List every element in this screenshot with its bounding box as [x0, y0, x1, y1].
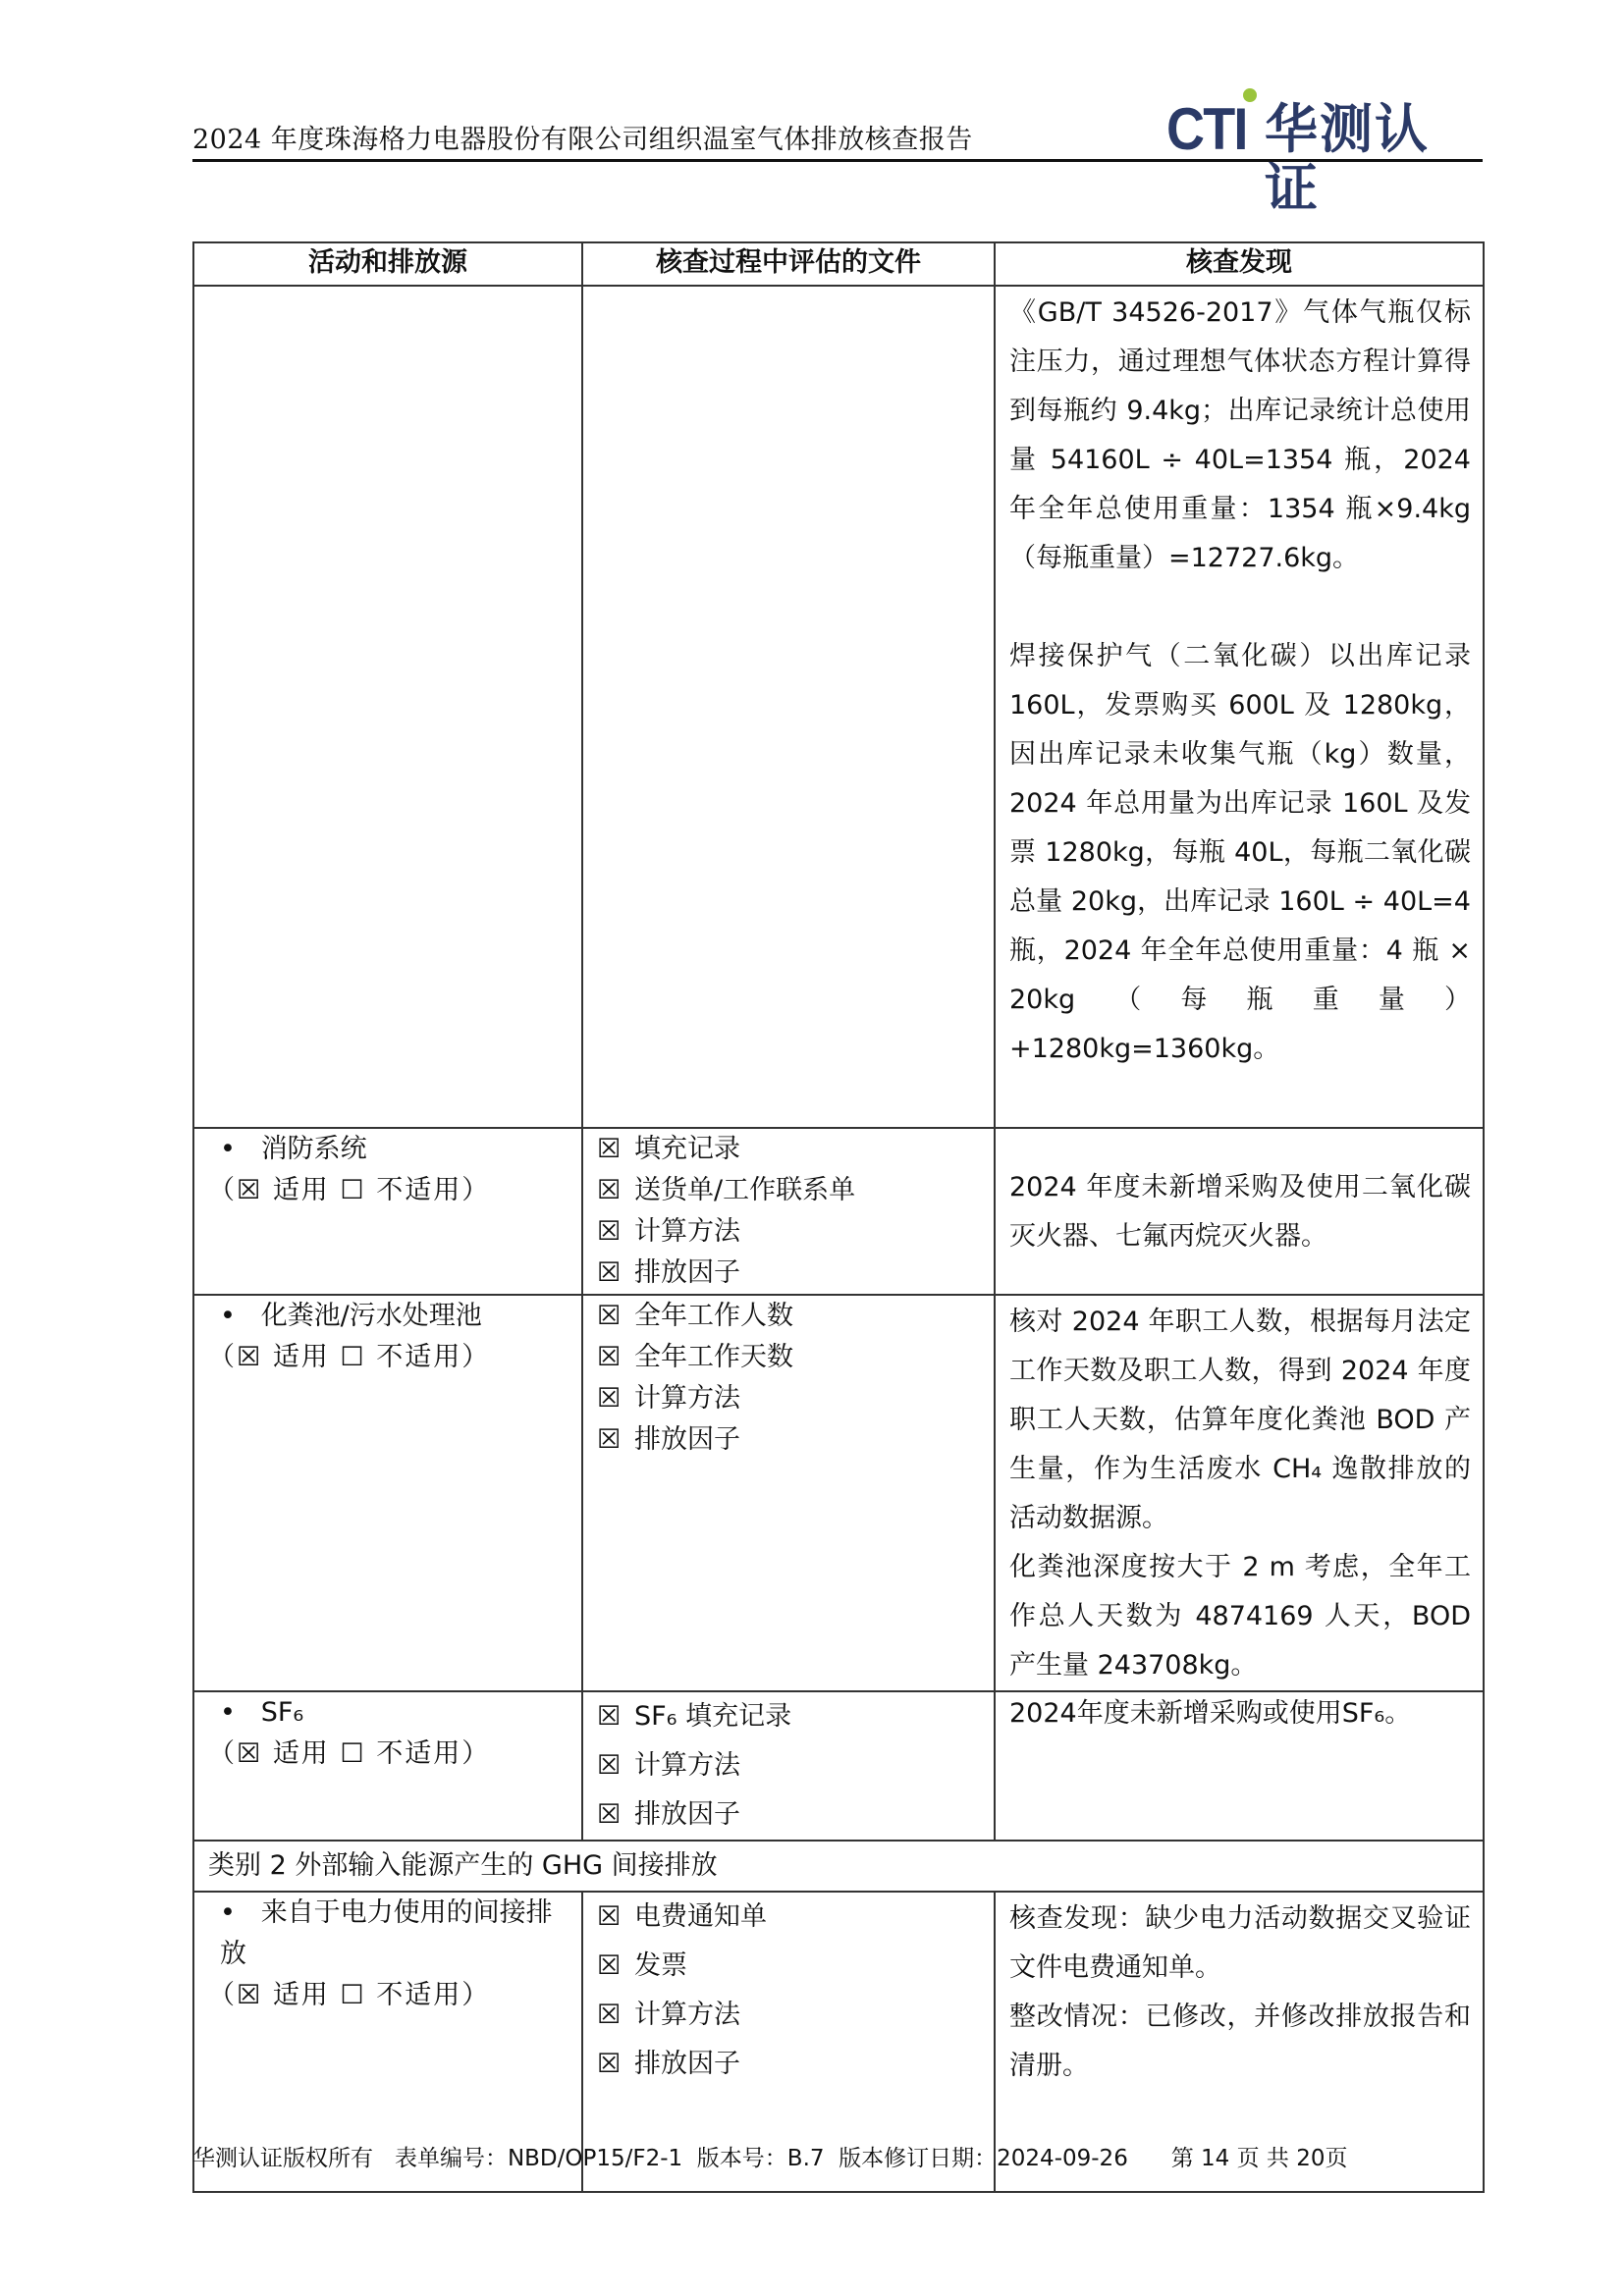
bullet-icon: •: [220, 1134, 236, 1164]
checked-box-icon[interactable]: ☒: [597, 1692, 621, 1741]
document-item: ☒排放因子: [597, 2040, 980, 2089]
source-name: 化粪池/污水处理池: [261, 1301, 482, 1331]
table-row-septic-tank: • 化粪池/污水处理池 （☒ 适用 ☐ 不适用） ☒全年工作人数 ☒全年工作天数…: [193, 1295, 1484, 1691]
table-row-fire-system: • 消防系统 （☒ 适用 ☐ 不适用） ☒填充记录 ☒送货单/工作联系单 ☒计算…: [193, 1128, 1484, 1295]
applicable-checkbox[interactable]: ☒: [237, 1980, 262, 2010]
document-item: ☒排放因子: [597, 1790, 980, 1840]
checked-box-icon[interactable]: ☒: [597, 1419, 621, 1461]
documents-cell: ☒全年工作人数 ☒全年工作天数 ☒计算方法 ☒排放因子: [582, 1295, 995, 1691]
table-row-continuation: 《GB/T 34526-2017》气体气瓶仅标注压力，通过理想气体状态方程计算得…: [193, 286, 1484, 1128]
document-item: ☒排放因子: [597, 1419, 980, 1461]
finding-paragraph: 《GB/T 34526-2017》气体气瓶仅标注压力，通过理想气体状态方程计算得…: [1009, 289, 1471, 583]
source-cell: • 化粪池/污水处理池 （☒ 适用 ☐ 不适用）: [193, 1295, 582, 1691]
checked-box-icon[interactable]: ☒: [597, 1337, 621, 1378]
section-title: 类别 2 外部输入能源产生的 GHG 间接排放: [193, 1841, 1484, 1892]
source-name: SF₆: [261, 1697, 304, 1728]
applicability: （☒ 适用 ☐ 不适用）: [208, 1170, 568, 1211]
finding-paragraph: 整改情况：已修改，并修改排放报告和清册。: [1009, 1993, 1471, 2091]
logo-brand: CTI: [1166, 100, 1247, 159]
column-header-source: 活动和排放源: [193, 242, 582, 286]
checked-box-icon[interactable]: ☒: [597, 1170, 621, 1211]
documents-cell: ☒SF₆ 填充记录 ☒计算方法 ☒排放因子: [582, 1691, 995, 1841]
applicability: （☒ 适用 ☐ 不适用）: [208, 1337, 568, 1378]
source-cell: • SF₆ （☒ 适用 ☐ 不适用）: [193, 1691, 582, 1841]
document-item: ☒SF₆ 填充记录: [597, 1692, 980, 1741]
section-header-row: 类别 2 外部输入能源产生的 GHG 间接排放: [193, 1841, 1484, 1892]
bullet-icon: •: [220, 1897, 236, 1928]
form-number: NBD/OP15/F2-1: [508, 2146, 682, 2171]
documents-cell: [582, 286, 995, 1128]
finding-paragraph: 化粪池深度按大于 2 m 考虑，全年工作总人天数为 4874169 人天，BOD…: [1009, 1543, 1471, 1690]
checked-box-icon[interactable]: ☒: [597, 1211, 621, 1253]
checked-box-icon[interactable]: ☒: [597, 1991, 621, 2040]
findings-cell: 核对 2024 年职工人数，根据每月法定工作天数及职工人数，得到 2024 年度…: [995, 1295, 1484, 1691]
verification-table: 活动和排放源 核查过程中评估的文件 核查发现 《GB/T 34526-2017》…: [192, 241, 1485, 2193]
page-header: 2024 年度珠海格力电器股份有限公司组织温室气体排放核查报告 CTI 华测认证: [192, 84, 1483, 163]
document-item: ☒填充记录: [597, 1129, 980, 1170]
document-item: ☒计算方法: [597, 1741, 980, 1790]
column-header-findings: 核查发现: [995, 242, 1484, 286]
table-header-row: 活动和排放源 核查过程中评估的文件 核查发现: [193, 242, 1484, 286]
source-name: 来自于电力使用的间接排放: [220, 1897, 553, 1969]
version: B.7: [787, 2146, 825, 2171]
document-item: ☒发票: [597, 1942, 980, 1991]
page-footer: 华测认证版权所有 表单编号：NBD/OP15/F2-1 版本号：B.7 版本修订…: [192, 2140, 1483, 2172]
document-item: ☒计算方法: [597, 1991, 980, 2040]
copyright: 华测认证版权所有: [192, 2146, 373, 2171]
findings-cell: 2024 年度未新增采购及使用二氧化碳灭火器、七氟丙烷灭火器。: [995, 1128, 1484, 1295]
applicability: （☒ 适用 ☐ 不适用）: [208, 1734, 568, 1775]
finding-paragraph: 焊接保护气（二氧化碳）以出库记录 160L，发票购买 600L 及 1280kg…: [1009, 632, 1471, 1074]
table-row-sf6: • SF₆ （☒ 适用 ☐ 不适用） ☒SF₆ 填充记录 ☒计算方法 ☒排放因子…: [193, 1691, 1484, 1841]
page-current: 14: [1201, 2146, 1229, 2171]
checked-box-icon[interactable]: ☒: [597, 1378, 621, 1419]
document-item: ☒送货单/工作联系单: [597, 1170, 980, 1211]
document-item: ☒电费通知单: [597, 1893, 980, 1942]
not-applicable-checkbox[interactable]: ☐: [340, 1980, 365, 2010]
bullet-icon: •: [220, 1301, 236, 1331]
header-divider: [192, 159, 1483, 162]
finding-paragraph: 核查发现：缺少电力活动数据交叉验证文件电费通知单。: [1009, 1895, 1471, 1993]
column-header-documents: 核查过程中评估的文件: [582, 242, 995, 286]
report-title: 2024 年度珠海格力电器股份有限公司组织温室气体排放核查报告: [192, 118, 973, 156]
checked-box-icon[interactable]: ☒: [597, 2040, 621, 2089]
document-item: ☒计算方法: [597, 1378, 980, 1419]
checked-box-icon[interactable]: ☒: [597, 1790, 621, 1840]
cti-logo: CTI 华测认证: [1166, 84, 1481, 155]
applicable-checkbox[interactable]: ☒: [237, 1342, 262, 1372]
checked-box-icon[interactable]: ☒: [597, 1893, 621, 1942]
document-item: ☒全年工作天数: [597, 1337, 980, 1378]
revision-date: 2024-09-26: [997, 2146, 1128, 2171]
applicability: （☒ 适用 ☐ 不适用）: [208, 1975, 568, 2016]
applicable-checkbox[interactable]: ☒: [237, 1738, 262, 1769]
not-applicable-checkbox[interactable]: ☐: [340, 1738, 365, 1769]
document-item: ☒计算方法: [597, 1211, 980, 1253]
documents-cell: ☒填充记录 ☒送货单/工作联系单 ☒计算方法 ☒排放因子: [582, 1128, 995, 1295]
not-applicable-checkbox[interactable]: ☐: [340, 1175, 365, 1205]
applicable-checkbox[interactable]: ☒: [237, 1175, 262, 1205]
finding-paragraph: 2024年度未新增采购或使用SF₆。: [1009, 1694, 1471, 1734]
document-item: ☒全年工作人数: [597, 1296, 980, 1337]
finding-paragraph: 2024 年度未新增采购及使用二氧化碳灭火器、七氟丙烷灭火器。: [1009, 1163, 1471, 1261]
findings-cell: 《GB/T 34526-2017》气体气瓶仅标注压力，通过理想气体状态方程计算得…: [995, 286, 1484, 1128]
source-name: 消防系统: [261, 1134, 367, 1164]
findings-cell: 2024年度未新增采购或使用SF₆。: [995, 1691, 1484, 1841]
checked-box-icon[interactable]: ☒: [597, 1129, 621, 1170]
checked-box-icon[interactable]: ☒: [597, 1296, 621, 1337]
page-total: 20: [1296, 2146, 1325, 2171]
bullet-icon: •: [220, 1697, 236, 1728]
source-cell: • 消防系统 （☒ 适用 ☐ 不适用）: [193, 1128, 582, 1295]
checked-box-icon[interactable]: ☒: [597, 1741, 621, 1790]
document-item: ☒排放因子: [597, 1253, 980, 1294]
source-cell: [193, 286, 582, 1128]
checked-box-icon[interactable]: ☒: [597, 1942, 621, 1991]
not-applicable-checkbox[interactable]: ☐: [340, 1342, 365, 1372]
finding-paragraph: 核对 2024 年职工人数，根据每月法定工作天数及职工人数，得到 2024 年度…: [1009, 1298, 1471, 1543]
checked-box-icon[interactable]: ☒: [597, 1253, 621, 1294]
